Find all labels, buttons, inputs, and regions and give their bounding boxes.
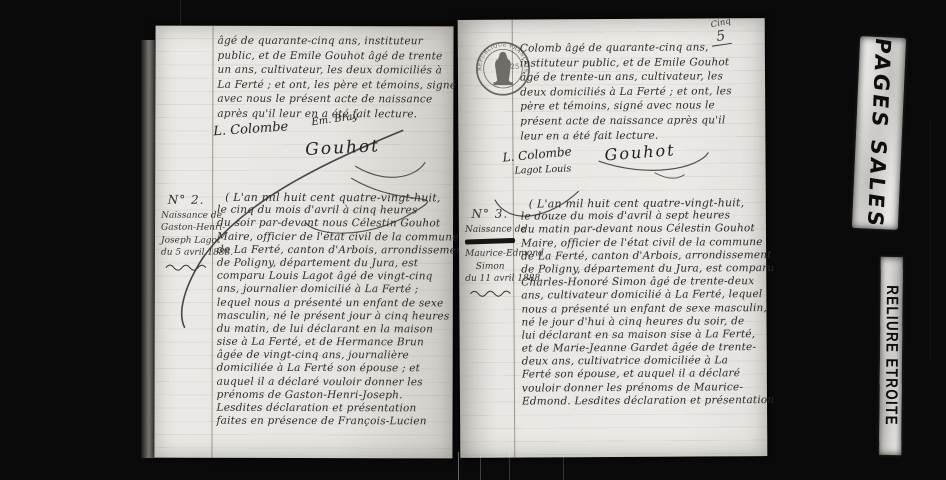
text-line: Maire, officier de l'état civil de la co… — [217, 230, 451, 244]
text-line: né le jour d'hui à cinq heures du soir, … — [521, 315, 764, 330]
text-line: père et témoins, signé avec nous le — [520, 98, 761, 114]
binding-edge — [141, 40, 155, 458]
text-line: Maire, officier de l'état civil de la co… — [521, 236, 764, 251]
film-scratch — [458, 452, 459, 480]
text-line: ans, cultivateur domicilié à La Ferté, l… — [521, 288, 764, 303]
margin-squiggle — [468, 289, 512, 297]
label-text: RELIURE ETROITE — [881, 286, 901, 427]
struck-out-text-bar — [465, 238, 515, 245]
margin-note-lines: Maurice-EdmondSimondu 11 avril 1888. — [465, 248, 515, 286]
text-line: ( L'an mil huit cent quatre-vingt-huit, — [217, 191, 451, 205]
register-left-page: âgé de quarante-cinq ans, instituteurpub… — [154, 26, 453, 459]
text-line: instituteur public, et de Emile Gouhot — [520, 55, 761, 71]
text-line: public, et de Emile Gouhot âgé de trente — [217, 48, 449, 63]
signature-lagot: Lagot Louis — [514, 163, 571, 176]
margin-note-act2: N° 2. Naissance deGaston-Henri-Joseph La… — [161, 194, 211, 276]
text-line: de Poligny, département du Jura, est — [217, 257, 451, 271]
text-line: auquel il a déclaré vouloir donner les — [217, 375, 451, 389]
archive-label-reliure-etroite: RELIURE ETROITE — [879, 257, 903, 455]
text-line: et de Marie-Jeanne Gardet âgée de trente… — [522, 341, 765, 356]
margin-line: Maurice-Edmond — [465, 248, 515, 261]
act2-body-text: ( L'an mil huit cent quatre-vingt-huit,l… — [217, 191, 452, 429]
text-line: âgé de trente-un ans, cultivateur, les — [520, 69, 761, 85]
text-line: vouloir donner les prénoms de Maurice- — [522, 381, 765, 396]
text-line: âgée de vingt-cinq ans, journalière — [217, 349, 451, 363]
margin-line: Naissance de — [161, 209, 211, 222]
folio-number: 5 — [710, 27, 732, 47]
stamp-value: 25 — [511, 63, 520, 71]
margin-line: du 11 avril 1888. — [465, 273, 515, 286]
act-number: N° 2. — [161, 194, 211, 207]
text-line: un ans, cultivateur, les deux domiciliés… — [217, 63, 449, 78]
act3-body-text: ( L'an mil huit cent quatre-vingt-huit,l… — [521, 196, 765, 408]
film-scratch — [563, 455, 564, 480]
text-line: lequel nous a présenté un enfant de sexe — [217, 296, 451, 310]
act2-continuation-text: Colomb âgé de quarante-cinq ans,institut… — [520, 40, 762, 144]
margin-line: Gaston-Henri- — [161, 222, 211, 235]
register-right-page: RÉPUBLIQUE FRANÇAISE 25 Colomb âgé de qu… — [458, 18, 768, 458]
text-line: ans, journalier domicilié à La Ferté ; — [217, 283, 451, 297]
act1-continuation-text: âgé de quarante-cinq ans, instituteurpub… — [217, 34, 449, 122]
text-line: du matin, de lui déclarant en la maison — [217, 323, 451, 337]
film-scratch — [930, 120, 931, 360]
text-line: Ferté son épouse, et auquel il a déclaré — [522, 368, 765, 383]
text-line: prénoms de Gaston-Henri-Joseph. — [217, 389, 451, 403]
stamp-figure — [494, 52, 512, 84]
margin-line: du 5 avril 1888. — [161, 247, 211, 260]
text-line: sise à La Ferté, et de Hermance Brun — [217, 336, 451, 350]
text-line: du matin par-devant nous Célestin Gouhot — [521, 222, 764, 237]
text-line: masculin, né le présent jour à cinq heur… — [217, 309, 451, 323]
folio-mark: Cinq 5 — [711, 18, 731, 45]
text-line: âgé de quarante-cinq ans, instituteur — [218, 34, 450, 49]
text-line: du soir par-devant nous Célestin Gouhot — [217, 217, 451, 231]
text-line: présent acte de naissance après qu'il — [520, 113, 761, 129]
text-line: domiciliée à La Ferté son épouse ; et — [217, 362, 451, 376]
margin-line: Joseph Lagot — [161, 234, 211, 247]
margin-line: Simon — [465, 260, 515, 273]
film-scratch — [480, 455, 481, 480]
film-scratch — [509, 450, 510, 480]
film-scratch — [180, 0, 181, 30]
margin-squiggle — [164, 263, 208, 271]
text-line: Lesdites déclaration et présentation — [217, 402, 451, 416]
margin-note-act3: N° 3. Naissance de Maurice-EdmondSimondu… — [465, 208, 516, 302]
signature-gouhot: Gouhot — [305, 136, 381, 160]
archive-label-pages-sales: PAGES SALES — [852, 36, 906, 230]
text-line: avec nous le présent acte de naissance — [217, 92, 449, 107]
text-line: comparu Louis Lagot âgé de vingt-cinq — [217, 270, 451, 284]
label-text: PAGES SALES — [863, 36, 895, 230]
text-line: La Ferté ; et ont, les père et témoins, … — [217, 78, 449, 93]
microfilm-scan: âgé de quarante-cinq ans, instituteurpub… — [0, 0, 946, 480]
act-number: N° 3. — [465, 208, 515, 221]
text-line: de La Ferté, canton d'Arbois, arrondisse… — [217, 244, 451, 258]
text-line: leur en a été fait lecture. — [520, 128, 761, 144]
text-line: faites en présence de François-Lucien — [217, 415, 451, 429]
text-line: deux domiciliés à La Ferté ; et ont, les — [520, 84, 761, 100]
text-line: le cinq du mois d'avril à cinq heures — [217, 204, 451, 218]
margin-line: Naissance de — [465, 223, 515, 236]
text-line: nous a présenté un enfant de sexe mascul… — [521, 302, 764, 317]
margin-note-lines: Naissance deGaston-Henri-Joseph Lagotdu … — [161, 209, 211, 259]
text-line: Edmond. Lesdites déclaration et présenta… — [522, 394, 765, 409]
